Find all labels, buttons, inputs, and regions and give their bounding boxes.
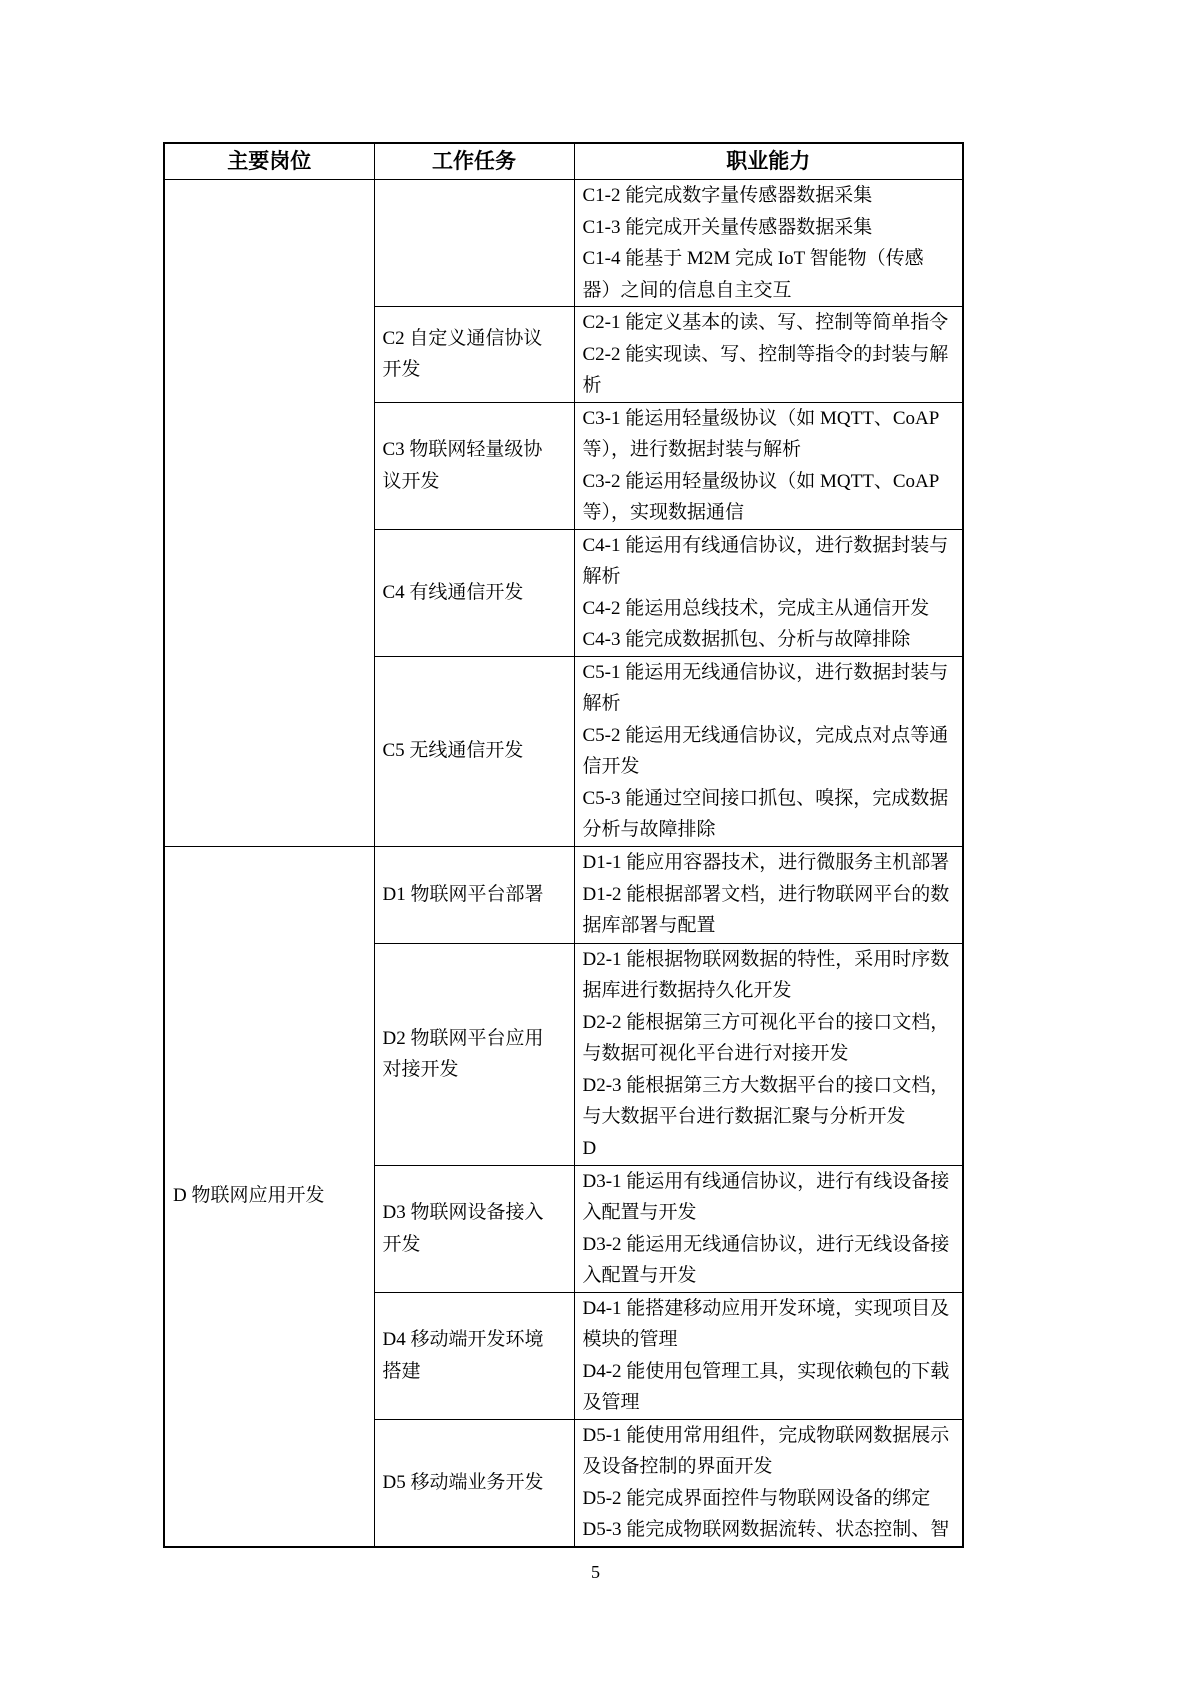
task-cell: C2 自定义通信协议 开发 <box>374 307 574 403</box>
table-header-row: 主要岗位 工作任务 职业能力 <box>164 143 963 180</box>
header-professional-ability: 职业能力 <box>574 143 963 180</box>
table-row: C1-2 能完成数字量传感器数据采集 C1-3 能完成开关量传感器数据采集 C1… <box>164 180 963 307</box>
header-main-position: 主要岗位 <box>164 143 374 180</box>
capability-cell: C1-2 能完成数字量传感器数据采集 C1-3 能完成开关量传感器数据采集 C1… <box>574 180 963 307</box>
table-row: D 物联网应用开发 D1 物联网平台部署 D1-1 能应用容器技术，进行微服务主… <box>164 846 963 943</box>
task-cell: C4 有线通信开发 <box>374 529 574 656</box>
position-cell: D 物联网应用开发 <box>164 846 374 1547</box>
capability-cell: D2-1 能根据物联网数据的特性，采用时序数 据库进行数据持久化开发 D2-2 … <box>574 943 963 1165</box>
task-cell: C5 无线通信开发 <box>374 656 574 846</box>
capability-cell: C3-1 能运用轻量级协议（如 MQTT、CoAP 等），进行数据封装与解析 C… <box>574 402 963 529</box>
task-cell: D1 物联网平台部署 <box>374 846 574 943</box>
job-capability-table: 主要岗位 工作任务 职业能力 C1-2 能完成数字量传感器数据采集 C1-3 能… <box>163 142 964 1548</box>
capability-cell: D4-1 能搭建移动应用开发环境，实现项目及 模块的管理 D4-2 能使用包管理… <box>574 1292 963 1419</box>
capability-cell: C4-1 能运用有线通信协议，进行数据封装与 解析 C4-2 能运用总线技术，完… <box>574 529 963 656</box>
task-cell: C3 物联网轻量级协 议开发 <box>374 402 574 529</box>
task-cell: D2 物联网平台应用 对接开发 <box>374 943 574 1165</box>
header-work-task: 工作任务 <box>374 143 574 180</box>
page-number: 5 <box>0 1560 1191 1584</box>
task-cell <box>374 180 574 307</box>
capability-cell: D5-1 能使用常用组件，完成物联网数据展示 及设备控制的界面开发 D5-2 能… <box>574 1419 963 1547</box>
capability-cell: C5-1 能运用无线通信协议，进行数据封装与 解析 C5-2 能运用无线通信协议… <box>574 656 963 846</box>
document-page: 主要岗位 工作任务 职业能力 C1-2 能完成数字量传感器数据采集 C1-3 能… <box>0 0 1191 1684</box>
position-cell <box>164 180 374 847</box>
task-cell: D3 物联网设备接入 开发 <box>374 1165 574 1292</box>
capability-cell: D3-1 能运用有线通信协议，进行有线设备接 入配置与开发 D3-2 能运用无线… <box>574 1165 963 1292</box>
capability-cell: C2-1 能定义基本的读、写、控制等简单指令 C2-2 能实现读、写、控制等指令… <box>574 307 963 403</box>
capability-cell: D1-1 能应用容器技术，进行微服务主机部署 D1-2 能根据部署文档，进行物联… <box>574 846 963 943</box>
task-cell: D4 移动端开发环境 搭建 <box>374 1292 574 1419</box>
task-cell: D5 移动端业务开发 <box>374 1419 574 1547</box>
